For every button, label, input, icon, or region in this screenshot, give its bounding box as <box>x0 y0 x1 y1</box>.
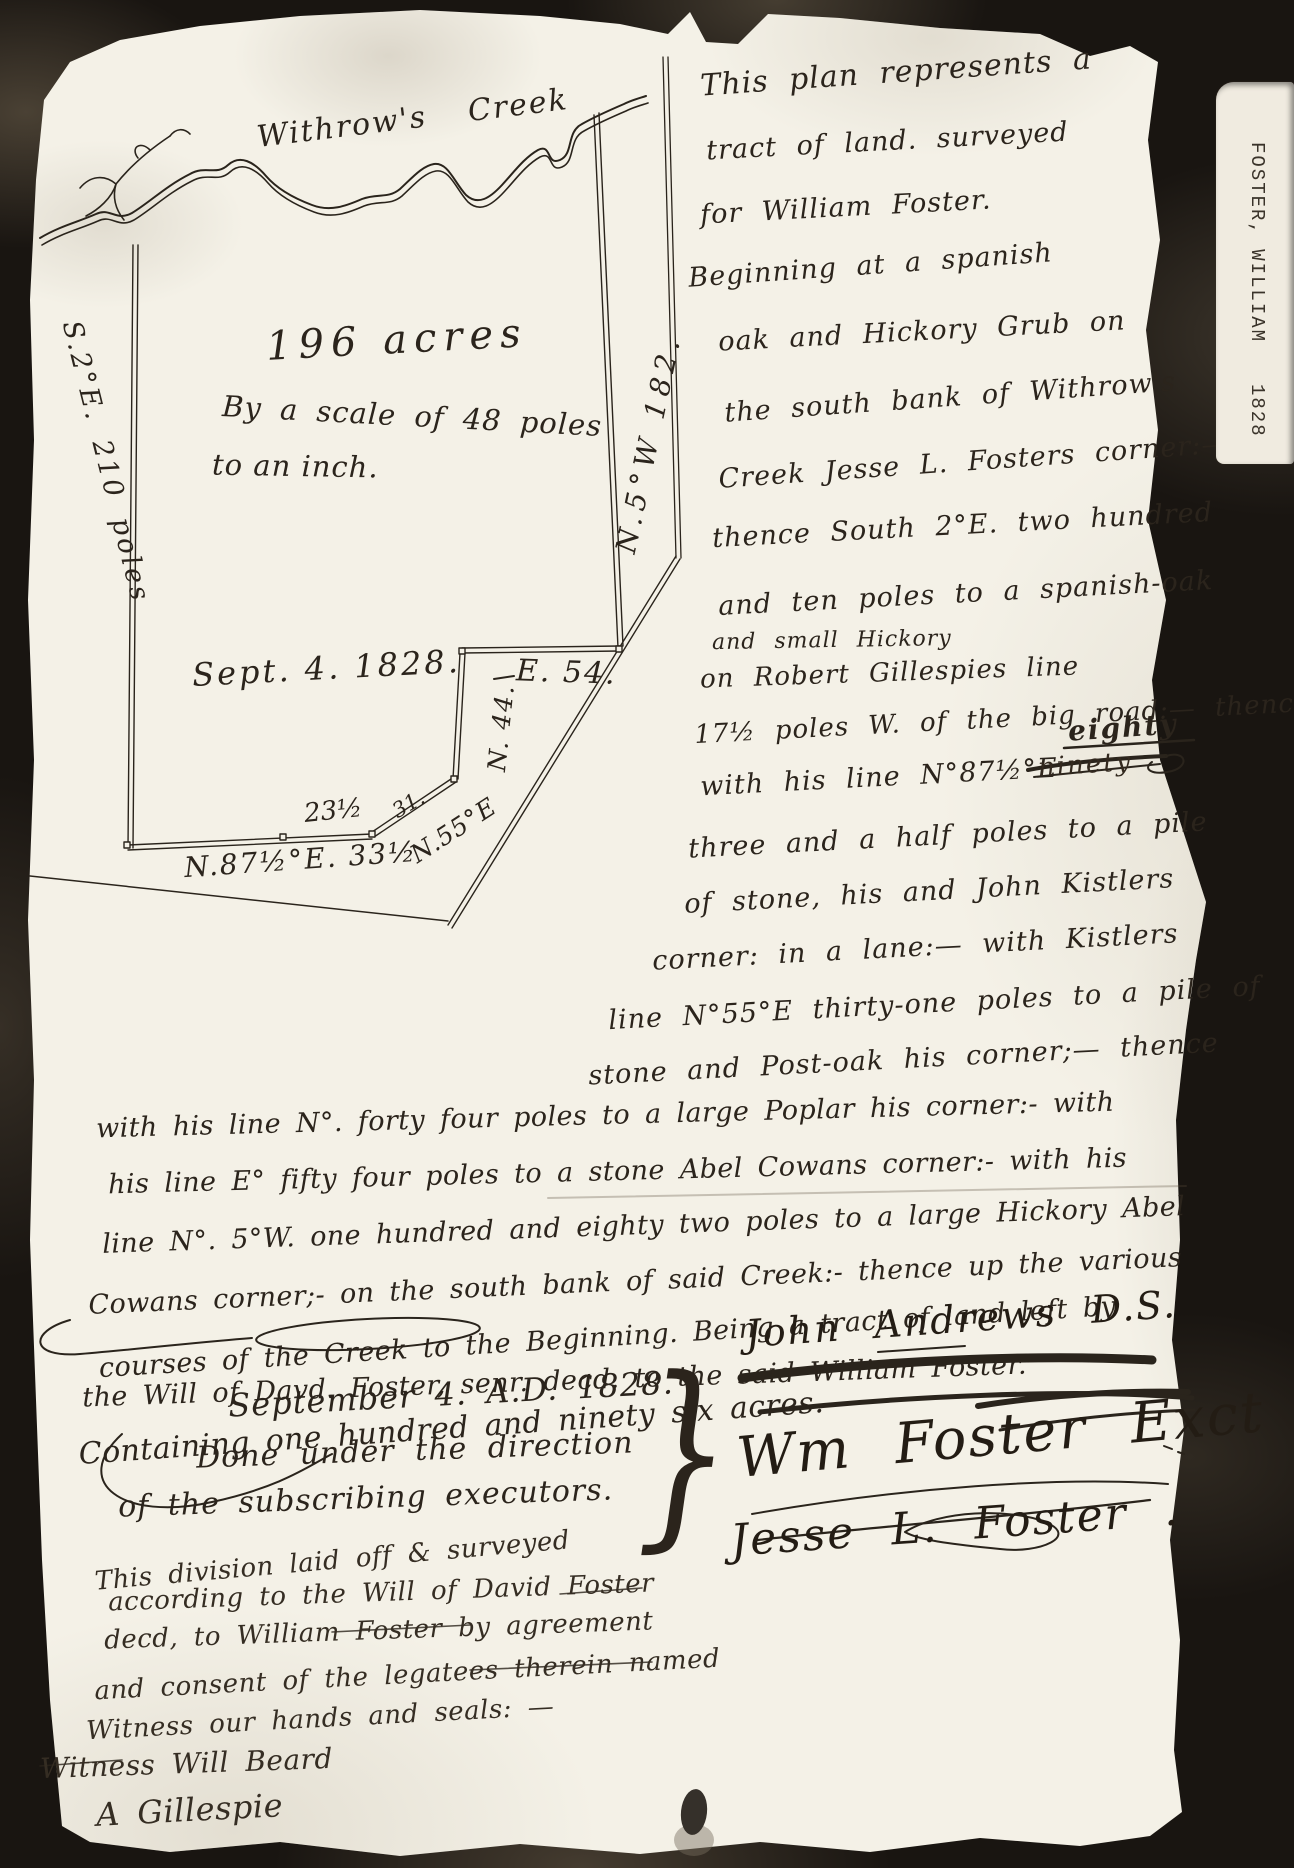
lane-line <box>30 876 448 921</box>
archive-tab: FOSTER, WILLIAM 1828 <box>1216 82 1294 464</box>
struck-word: ninety <box>1037 749 1133 782</box>
sprig-doodle <box>80 130 190 220</box>
margin-fold-line <box>663 57 681 558</box>
bearing-e54-label: E. 54. <box>516 656 618 689</box>
attestation-brace: } <box>636 1352 731 1555</box>
scanned-document-page: Withrow's Creek 196 acres By a scale of … <box>0 0 1294 1868</box>
boundary-east <box>594 113 623 648</box>
dist-23half-label: 23½ <box>303 795 364 827</box>
scale-label-line2: to an inch. <box>212 451 379 483</box>
tab-name-label: FOSTER, WILLIAM <box>1246 142 1268 343</box>
description-interline: and small Hickory <box>712 628 952 654</box>
tab-year-label: 1828 <box>1246 384 1268 438</box>
inserted-word: eighty <box>1067 710 1178 746</box>
witness-signature: A Gillespie <box>95 1789 283 1831</box>
big-road-line <box>448 556 680 928</box>
seal-blob <box>674 1788 714 1856</box>
